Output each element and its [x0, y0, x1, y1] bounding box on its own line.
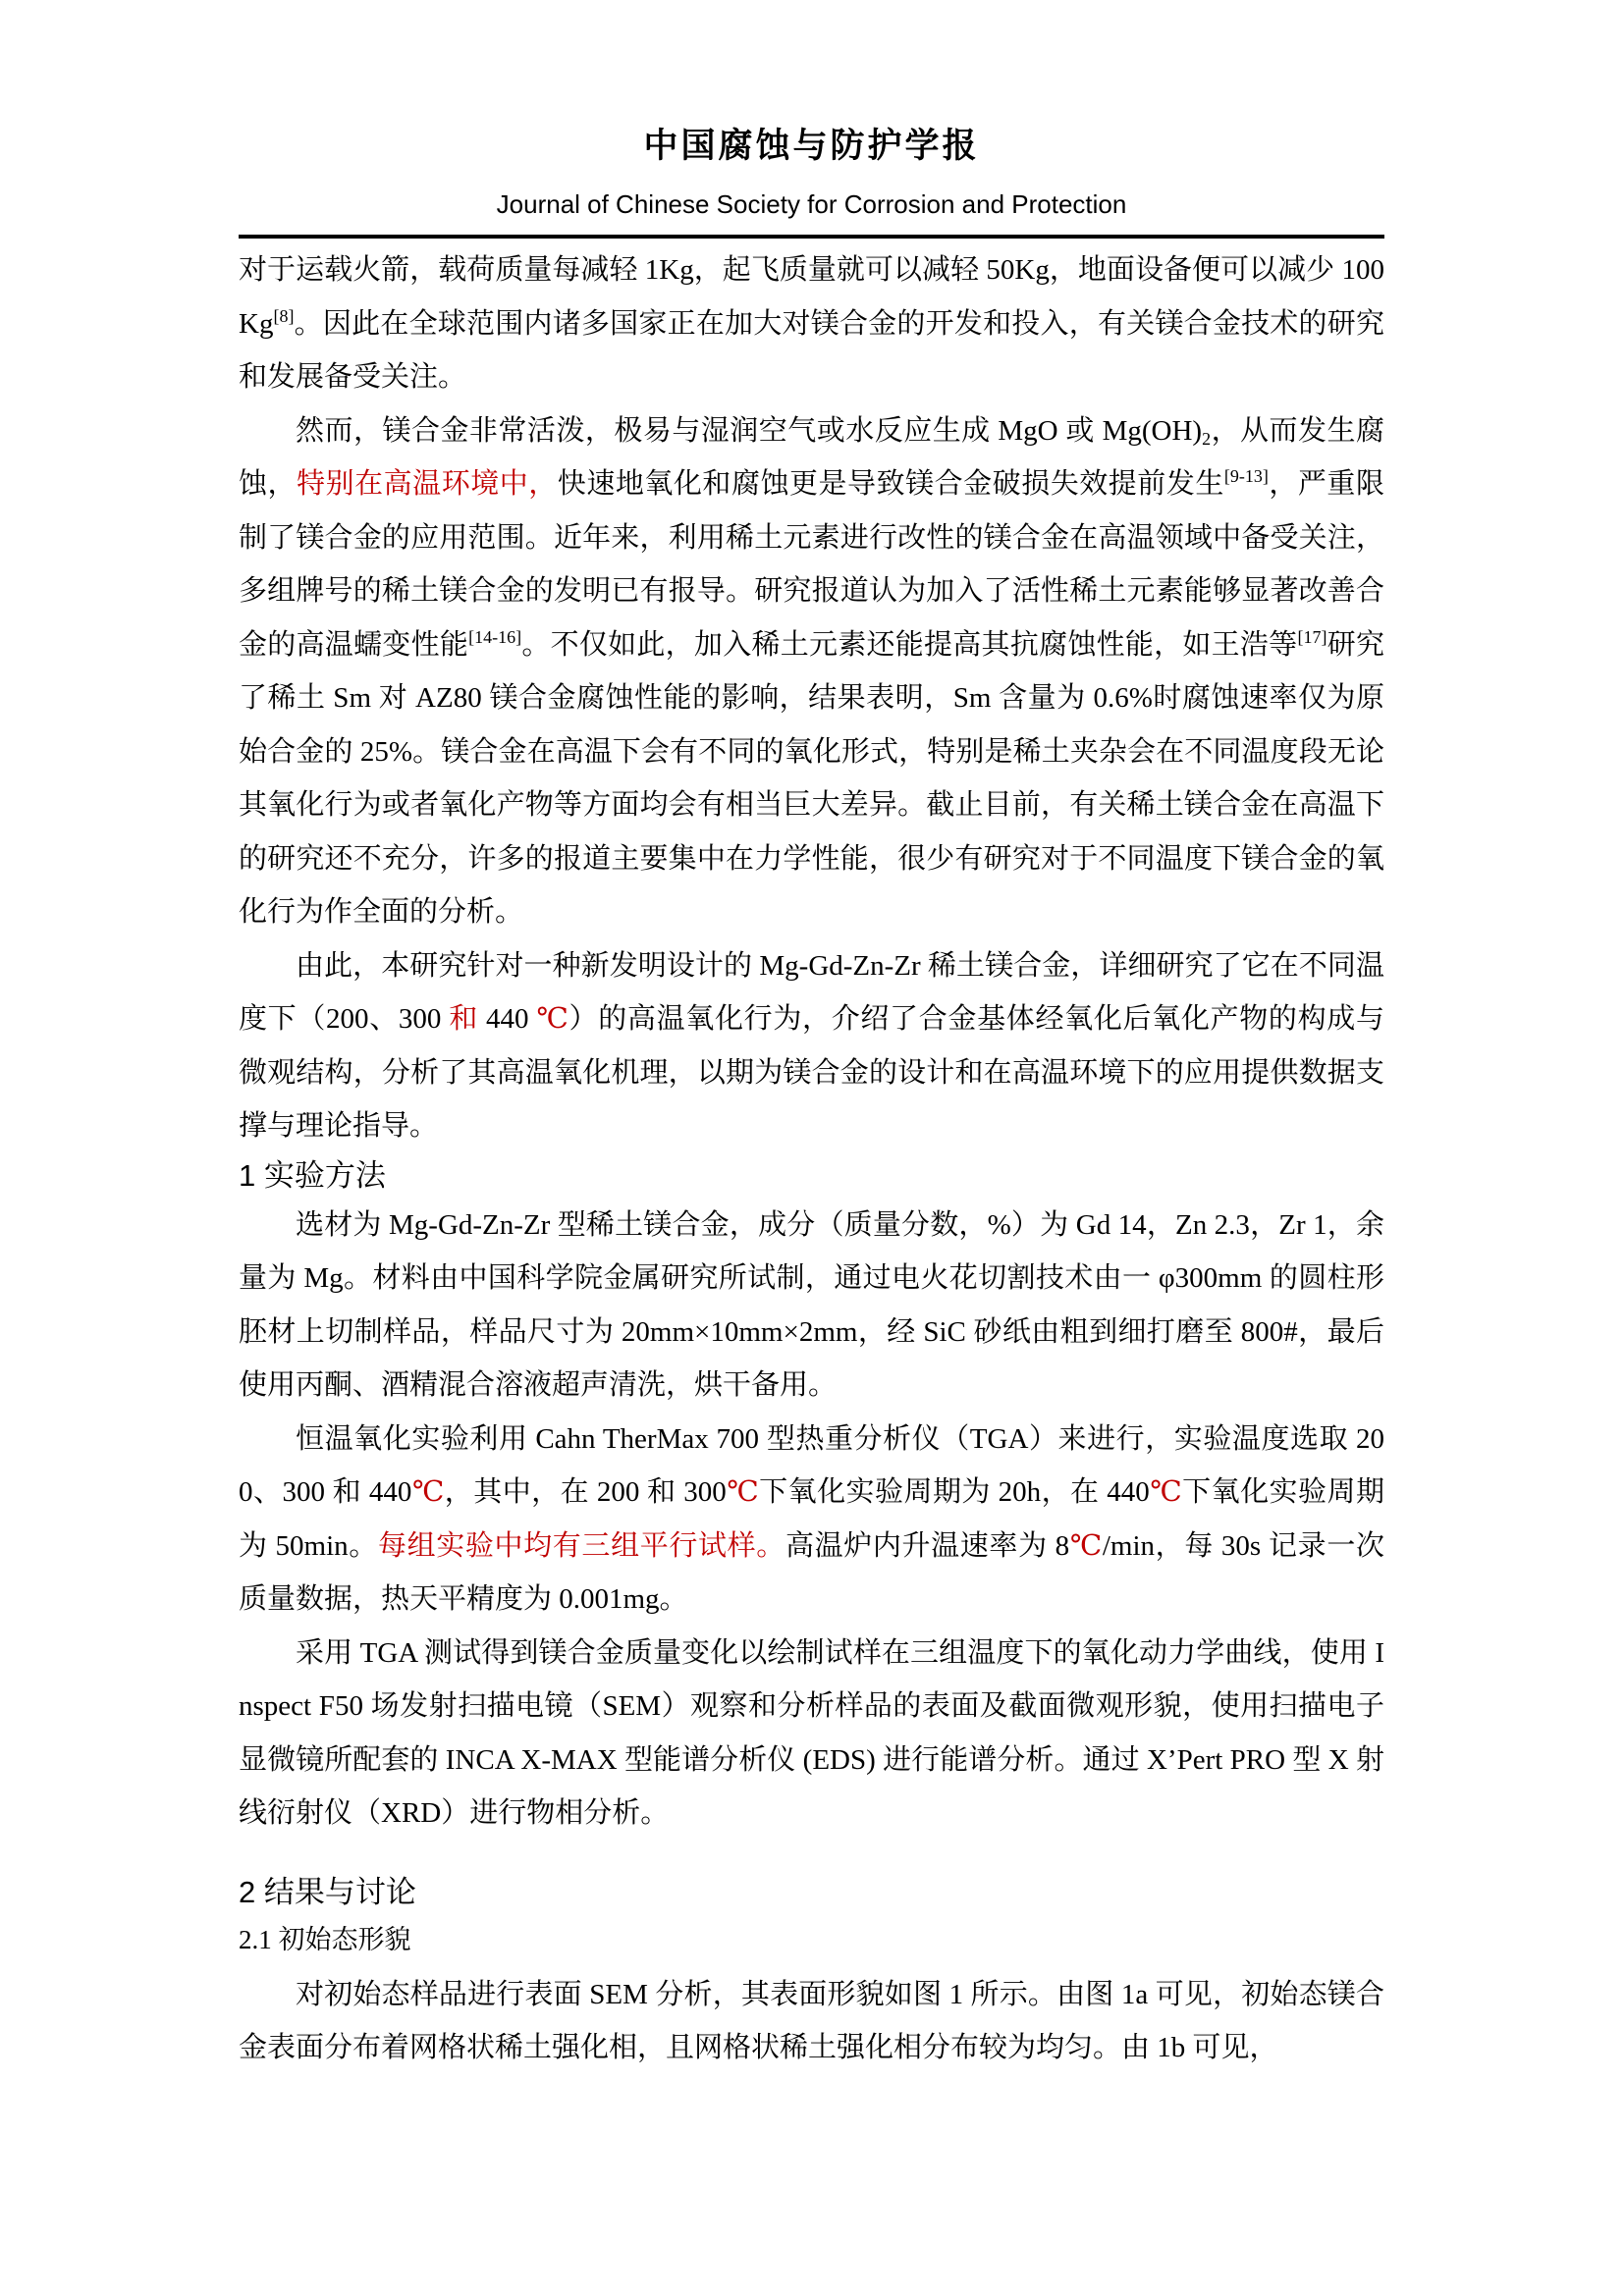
- section-heading-results: 2 结果与讨论: [239, 1870, 1384, 1915]
- paragraph-background: 然而，镁合金非常活泼，极易与湿润空气或水反应生成 MgO 或 Mg(OH)2，从…: [239, 404, 1384, 939]
- header-rule: [239, 235, 1384, 239]
- section-heading-experimental: 1 实验方法: [239, 1153, 1384, 1199]
- paragraph-initial-morphology: 对初始态样品进行表面 SEM 分析，其表面形貌如图 1 所示。由图 1a 可见，…: [239, 1968, 1384, 2075]
- paragraph-characterization: 采用 TGA 测试得到镁合金质量变化以绘制试样在三组温度下的氧化动力学曲线，使用…: [239, 1627, 1384, 1841]
- article-body: 对于运载火箭，载荷质量每减轻 1Kg，起飞质量就可以减轻 50Kg，地面设备便可…: [239, 243, 1384, 2075]
- paragraph-materials: 选材为 Mg-Gd-Zn-Zr 型稀土镁合金，成分（质量分数，%）为 Gd 14…: [239, 1199, 1384, 1413]
- page: 中国腐蚀与防护学报 Journal of Chinese Society for…: [0, 0, 1624, 2296]
- paragraph-intro-continuation: 对于运载火箭，载荷质量每减轻 1Kg，起飞质量就可以减轻 50Kg，地面设备便可…: [239, 243, 1384, 404]
- journal-header: 中国腐蚀与防护学报 Journal of Chinese Society for…: [239, 0, 1384, 239]
- journal-title-cn: 中国腐蚀与防护学报: [239, 0, 1384, 167]
- content-area: 中国腐蚀与防护学报 Journal of Chinese Society for…: [239, 0, 1384, 2075]
- subsection-heading-initial-morphology: 2.1 初始态形貌: [239, 1915, 1384, 1964]
- paragraph-oxidation-test: 恒温氧化实验利用 Cahn TherMax 700 型热重分析仪（TGA）来进行…: [239, 1413, 1384, 1627]
- journal-title-en: Journal of Chinese Society for Corrosion…: [239, 188, 1384, 220]
- paragraph-objective: 由此，本研究针对一种新发明设计的 Mg-Gd-Zn-Zr 稀土镁合金，详细研究了…: [239, 939, 1384, 1153]
